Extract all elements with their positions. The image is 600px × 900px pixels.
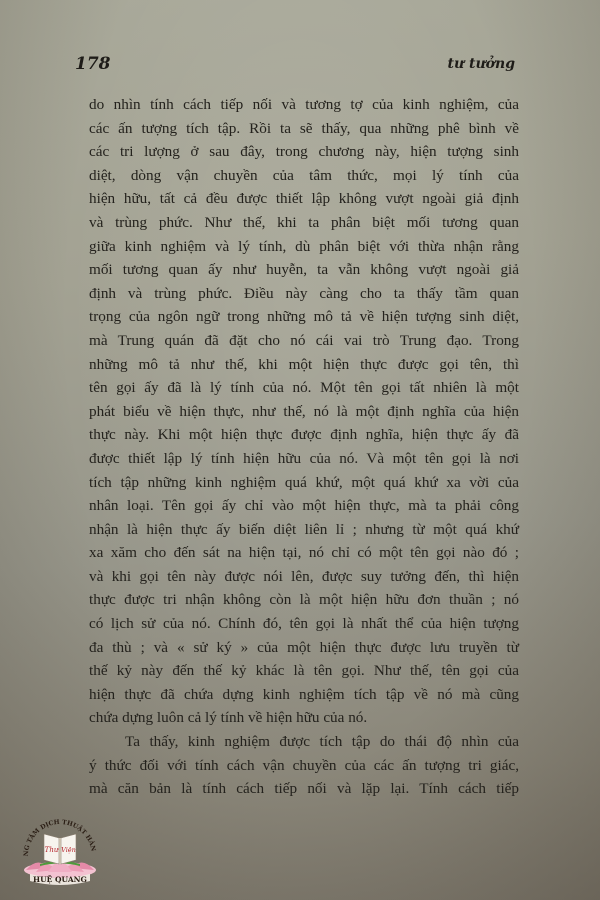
lotus-book-emblem-icon: TRUNG TÂM DỊCH THUẬT HÁN NÔM Thư Viện HU… [18, 812, 102, 890]
text-line: do nhìn tính cách tiếp nối và tương tợ c… [89, 93, 519, 117]
text-line: trọng của ngôn ngữ trong những mô tả về … [89, 305, 519, 329]
book-right-text: Viện [61, 846, 76, 854]
page-header: 178 tư tưởng [75, 54, 515, 84]
text-line: tên gọi ấy đã là lý tính của nó. Một tên… [89, 376, 519, 400]
text-line: ý thức đối với tính cách vận chuyền của … [89, 754, 519, 778]
text-line: các ấn tượng tích tập. Rồi ta sẽ thấy, q… [89, 117, 519, 141]
text-line: thế kỷ này đến thế kỷ khác là tên gọi. N… [89, 659, 519, 683]
text-line: thực này. Khi một hiện thực được định ng… [89, 423, 519, 447]
text-line: đa thù ; và « sử ký » của một hiện thực … [89, 636, 519, 660]
text-line: chứa dựng luôn cả lý tính về hiện hữu củ… [89, 706, 519, 730]
text-line: hiện thực đã chứa dựng kinh nghiệm tích … [89, 683, 519, 707]
text-line: được thiết lập lý tính hiện hữu của nó. … [89, 447, 519, 471]
logo-name: HUỆ QUANG [33, 875, 87, 884]
text-line: hiện hữu, tất cả đều được thiết lập khôn… [89, 187, 519, 211]
text-line: các tri lượng ở sau đây, trong chương nà… [89, 140, 519, 164]
text-line: và khi gọi tên này được nói lên, được su… [89, 565, 519, 589]
text-line: có lịch sử của nó. Chính đó, tên gọi là … [89, 612, 519, 636]
paragraph-1: do nhìn tính cách tiếp nối và tương tợ c… [89, 93, 519, 730]
text-line: nhận là hiện thực ấy biến diệt liên lỉ ;… [89, 518, 519, 542]
text-line: diệt, dòng vận chuyền của tâm thức, mọi … [89, 164, 519, 188]
text-line: xa xăm cho đến sát na hiện tại, nó chỉ c… [89, 541, 519, 565]
page-number: 178 [75, 54, 111, 74]
text-line: những mô tả như thế, khi một hiện thực đ… [89, 353, 519, 377]
text-line: thực được tri nhận không còn là một hiện… [89, 588, 519, 612]
text-line: mà Trung quán đã đặt cho nó cái vai trò … [89, 329, 519, 353]
text-line: phát biểu về hiện thực, như thế, nó là m… [89, 400, 519, 424]
text-line: Ta thấy, kinh nghiệm được tích tập do th… [89, 730, 519, 754]
page-body: do nhìn tính cách tiếp nối và tương tợ c… [89, 93, 519, 801]
running-title: tư tưởng [448, 56, 515, 72]
text-line: định và trùng phức. Điều này càng cho ta… [89, 282, 519, 306]
text-line: giữa kinh nghiệm và lý tính, dù phân biệ… [89, 235, 519, 259]
paragraph-2: Ta thấy, kinh nghiệm được tích tập do th… [89, 730, 519, 801]
text-line: mối tương quan ấy như huyễn, ta vẫn khôn… [89, 258, 519, 282]
text-line: mà căn bản là tính cách tiếp nối và lặp … [89, 777, 519, 801]
text-line: tích tập những kinh nghiệm quá khứ, một … [89, 471, 519, 495]
text-line: và trùng phức. Như thế, khi ta phân biệt… [89, 211, 519, 235]
book-left-text: Thư [45, 846, 60, 854]
text-line: nhân loại. Tên gọi ấy chỉ vào một hiện t… [89, 494, 519, 518]
hue-quang-logo: TRUNG TÂM DỊCH THUẬT HÁN NÔM Thư Viện HU… [18, 812, 102, 890]
